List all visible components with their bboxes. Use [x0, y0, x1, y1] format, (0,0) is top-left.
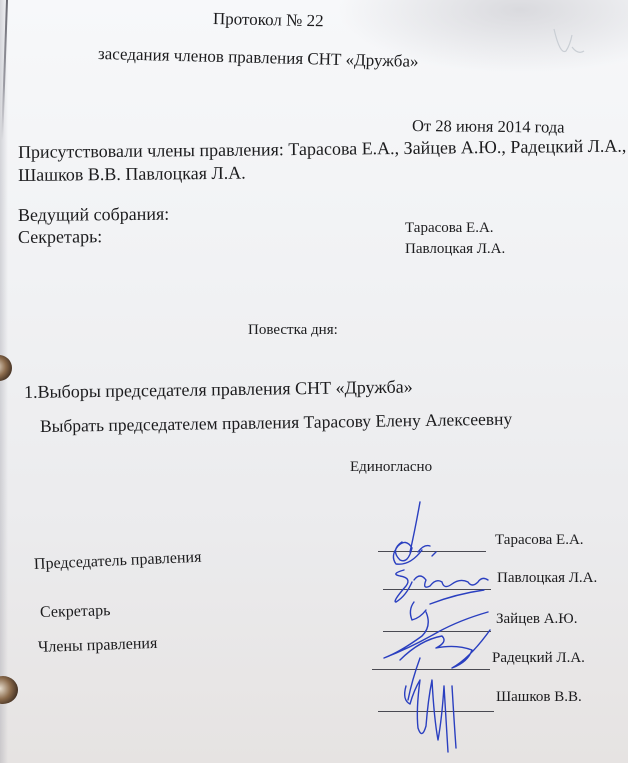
agenda-item-decision: Выбрать председателем правления Тарасову…	[40, 411, 512, 436]
agenda-item-title: 1.Выборы председателя правления СНТ «Дру…	[24, 378, 413, 401]
pencil-mark-icon	[550, 25, 590, 65]
secretary-label: Секретарь:	[18, 227, 102, 246]
meeting-chair-value: Тарасова Е.А.	[405, 221, 494, 236]
meeting-chair-label: Ведущий собрания:	[18, 205, 169, 224]
attendees-line-1: Присутствовали члены правления: Тарасова…	[18, 137, 627, 161]
signature-role-members: Члены правления	[38, 636, 158, 656]
binder-hole-icon	[0, 355, 12, 381]
protocol-date: От 28 июня 2014 года	[412, 118, 565, 136]
signature-role-chair: Председатель правления	[34, 550, 202, 573]
protocol-title: Протокол № 22	[213, 10, 324, 29]
document-page: Протокол № 22 заседания членов правления…	[0, 0, 628, 763]
handwritten-signatures-icon	[360, 490, 628, 763]
secretary-value: Павлоцкая Л.А.	[405, 242, 505, 257]
agenda-item-vote: Единогласно	[350, 460, 432, 475]
signature-role-secretary: Секретарь	[40, 603, 111, 621]
protocol-subtitle: заседания членов правления СНТ «Дружба»	[98, 45, 419, 70]
attendees-line-2: Шашков В.В. Павлоцкая Л.А.	[18, 164, 246, 184]
agenda-heading: Повестка дня:	[248, 323, 338, 338]
binder-hole-icon	[0, 676, 18, 704]
